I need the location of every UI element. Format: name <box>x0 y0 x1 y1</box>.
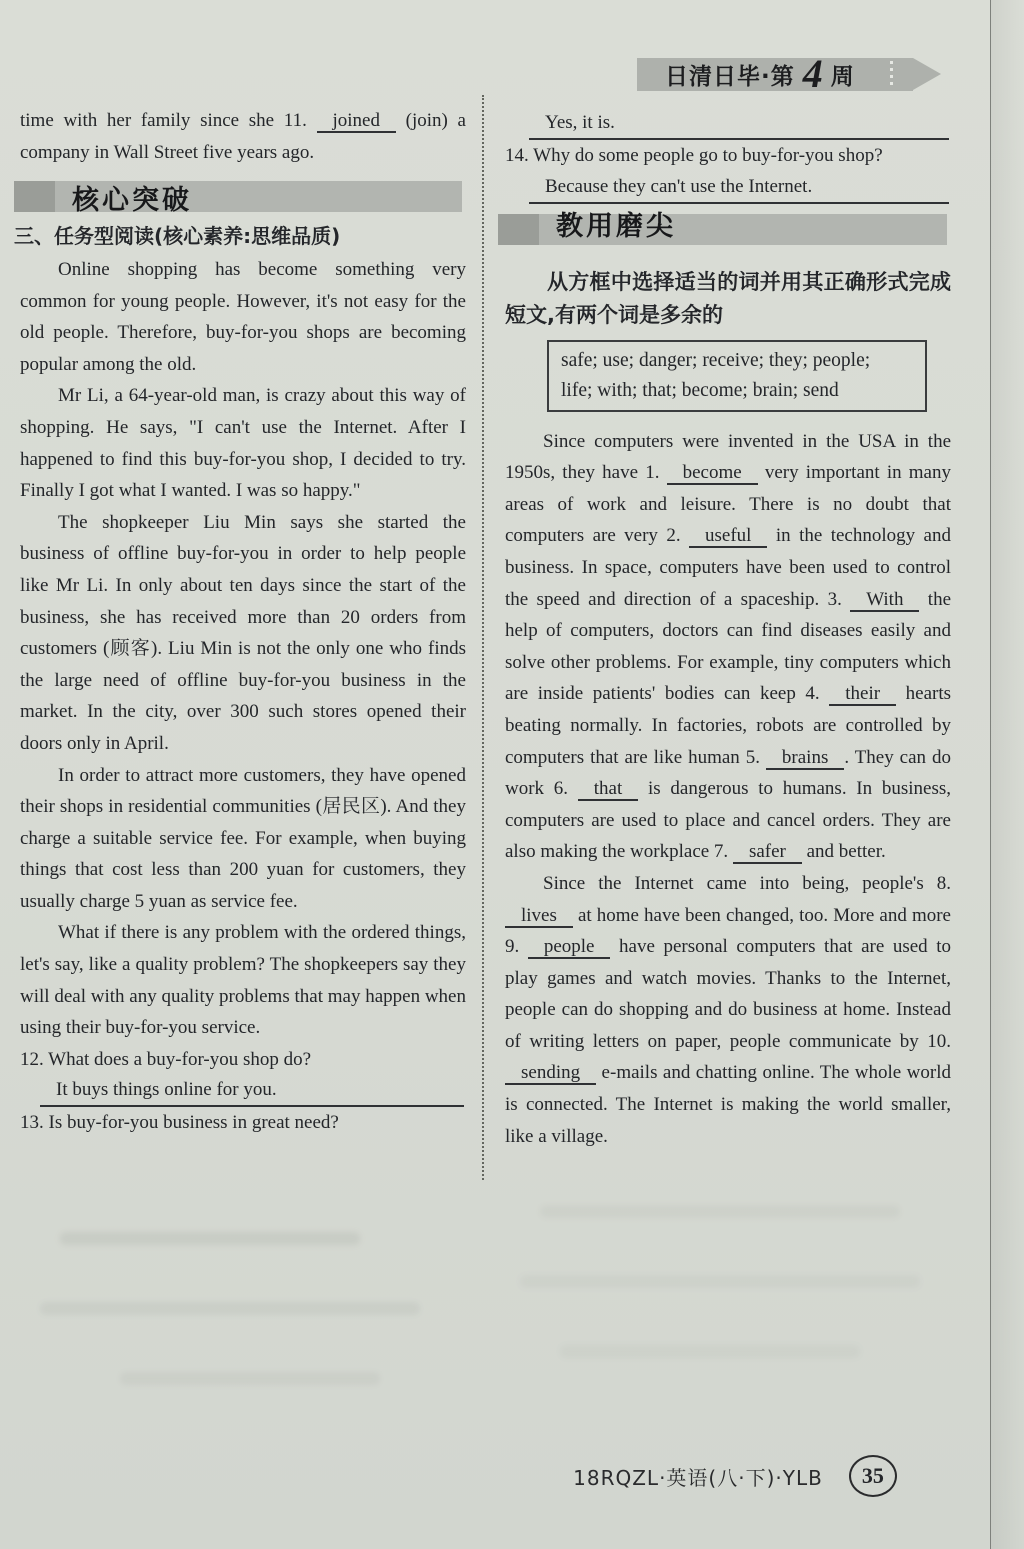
page-footer: 18RQZL·英语(八·下)·YLB 35 <box>505 1455 965 1497</box>
bleed-through-ghost <box>540 1205 900 1218</box>
passage-paragraph: The shopkeeper Liu Min says she started … <box>20 507 466 760</box>
right-column: Yes, it is. 14. Why do some people go to… <box>505 108 951 1152</box>
section-bar-block <box>498 214 539 245</box>
passage-paragraph: What if there is any problem with the or… <box>20 917 466 1043</box>
answer-13: Yes, it is. <box>529 108 949 140</box>
cloze-blank-answer: people <box>528 936 611 959</box>
cloze-blank-answer: safer <box>733 841 802 864</box>
question-13: 13. Is buy-for-you business in great nee… <box>20 1107 466 1139</box>
book-imprint: 18RQZL·英语(八·下)·YLB <box>573 1462 823 1491</box>
cloze-blank-answer: With <box>850 589 919 612</box>
cloze-blank-answer: that <box>578 778 639 801</box>
carryover-sentence: time with her family since she 11. joine… <box>20 105 466 168</box>
cloze-blank-answer: brains <box>766 747 844 770</box>
bleed-through-ghost <box>560 1345 860 1358</box>
answer-12: It buys things online for you. <box>40 1075 464 1107</box>
passage-paragraph: Online shopping has become something ver… <box>20 254 466 380</box>
cloze-paragraph-internet: Since the Internet came into being, peop… <box>505 868 951 1152</box>
cloze-blank-answer: their <box>829 683 896 706</box>
cloze-blank-answer: become <box>667 462 758 485</box>
bleed-through-ghost <box>40 1302 420 1315</box>
question-14: 14. Why do some people go to buy-for-you… <box>505 140 951 172</box>
word-bank-line: life; with; that; become; brain; send <box>561 376 913 406</box>
bleed-through-ghost <box>120 1372 380 1385</box>
column-divider <box>482 95 484 1180</box>
section-bar-teaching-sharpen: 教用磨尖 <box>498 214 947 245</box>
exercise-3-heading: 三、任务型阅读(核心素养:思维品质) <box>14 221 466 251</box>
banner-week-suffix: 周 <box>831 58 855 91</box>
cloze-blank-answer: useful <box>689 525 767 548</box>
week-banner-text: 日清日毕·第 4 周 <box>637 58 855 91</box>
left-column: time with her family since she 11. joine… <box>20 105 466 168</box>
section-bar-core-breakthrough: 核心突破 <box>14 181 462 212</box>
textbook-page-scan: { "banner": { "title_prefix": "日清日毕", "s… <box>0 0 1024 1549</box>
page-edge-shadow <box>991 0 1024 1549</box>
week-banner-dots <box>890 61 893 88</box>
answer-14: Because they can't use the Internet. <box>529 172 949 204</box>
banner-week-number: 4 <box>803 64 823 84</box>
cloze-blank-answer: lives <box>505 905 573 928</box>
question-12: 12. What does a buy-for-you shop do? <box>20 1044 466 1076</box>
word-bank-box: safe; use; danger; receive; they; people… <box>547 340 927 412</box>
reading-passage: Online shopping has become something ver… <box>20 254 466 1139</box>
bleed-through-ghost <box>520 1275 920 1288</box>
week-banner-arrow-icon <box>913 58 941 90</box>
section-bar-block <box>14 181 55 212</box>
passage-paragraph: Mr Li, a 64-year-old man, is crazy about… <box>20 380 466 506</box>
cloze-blank-answer: joined <box>317 110 397 133</box>
page-number-badge: 35 <box>849 1455 897 1497</box>
passage-paragraph: In order to attract more customers, they… <box>20 760 466 918</box>
word-bank-line: safe; use; danger; receive; they; people… <box>561 346 913 376</box>
section-title-teaching-sharpen: 教用磨尖 <box>556 211 676 243</box>
section-bar-wrapper: 教用磨尖 <box>505 212 951 256</box>
exercise-heading-container: 三、任务型阅读(核心素养:思维品质) <box>14 221 466 251</box>
banner-title: 日清日毕·第 <box>665 58 795 91</box>
cloze-instruction: 从方框中选择适当的词并用其正确形式完成短文,有两个词是多余的 <box>505 266 951 332</box>
bleed-through-ghost <box>60 1232 360 1245</box>
cloze-blank-answer: sending <box>505 1062 596 1085</box>
section-title-core-breakthrough: 核心突破 <box>72 178 192 217</box>
cloze-paragraph-computers: Since computers were invented in the USA… <box>505 426 951 868</box>
week-banner: 日清日毕·第 4 周 <box>637 58 855 91</box>
